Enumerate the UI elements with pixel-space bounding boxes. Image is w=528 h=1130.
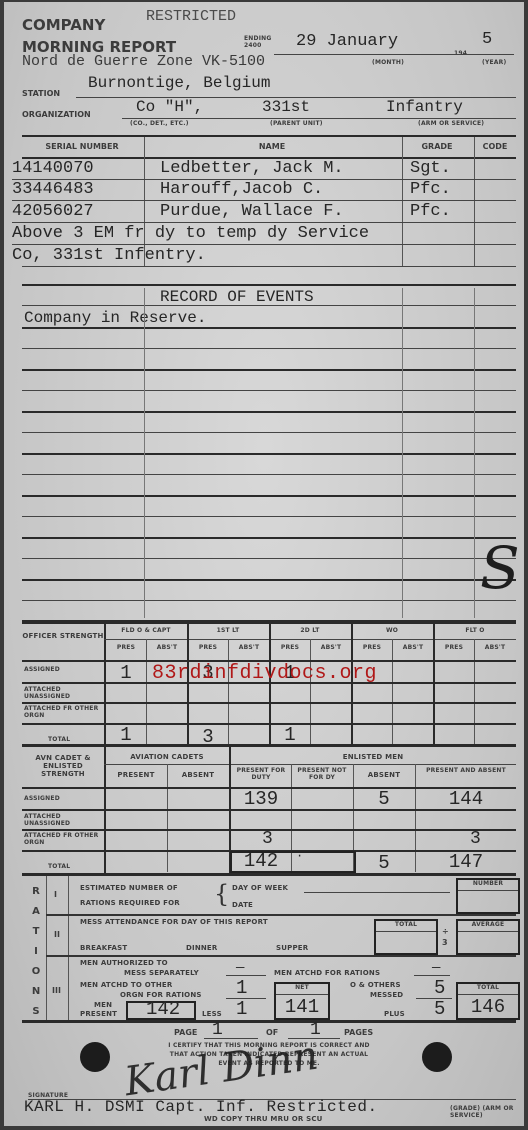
- row-label-assigned: ASSIGNED: [24, 795, 60, 802]
- group-aviation-cadets: AVIATION CADETS: [106, 753, 228, 761]
- mess-average-rule: [458, 931, 518, 932]
- org-company: Co "H",: [136, 98, 203, 116]
- mess-total-label: TOTAL: [376, 921, 436, 928]
- events-rule: [22, 327, 516, 329]
- group-fld-o-capt: FLD O & CAPT: [106, 627, 186, 634]
- subcol-pres: PRES: [106, 644, 146, 651]
- events-top-rule: [22, 284, 516, 286]
- row-label-attached-other: ATTACHED FR OTHER ORGN: [24, 832, 104, 846]
- total-present-for-duty: 142: [232, 850, 290, 872]
- officer-col-divider: [228, 639, 229, 746]
- morning-report-form: COMPANY RESTRICTED MORNING REPORT ENDING…: [4, 2, 524, 1126]
- soldier-grade: Pfc.: [410, 202, 451, 221]
- date-label: DATE: [232, 901, 253, 909]
- enlisted-subheader-rule: [104, 764, 516, 765]
- page-value: 1: [212, 1020, 223, 1040]
- events-rule: [22, 411, 516, 413]
- row-rule: [12, 222, 516, 223]
- events-rule: [22, 600, 516, 601]
- estimated-rations-line2: RATIONS REQUIRED FOR: [80, 899, 180, 907]
- ending-label: ENDING 2400: [244, 35, 274, 49]
- station-value: Burnontige, Belgium: [88, 74, 270, 92]
- dinner-label: DINNER: [186, 944, 218, 952]
- org-underline: [122, 118, 516, 119]
- atchd-rations-field: [414, 975, 450, 976]
- breakfast-label: BREAKFAST: [80, 944, 127, 952]
- officer-bottom-rule: [22, 744, 516, 747]
- mess-total-rule: [376, 931, 436, 932]
- row-label-total: TOTAL: [48, 736, 70, 743]
- col-divider: [402, 137, 403, 267]
- men-present-line1: MEN: [94, 1001, 112, 1009]
- authorized-line1: MEN AUTHORIZED TO: [80, 959, 168, 967]
- assigned-present-and-absent: 144: [416, 788, 516, 810]
- events-entry: Company in Reserve.: [24, 309, 206, 327]
- events-col-divider: [402, 288, 403, 618]
- brace-icon: {: [214, 880, 229, 908]
- subcol-abst: ABS'T: [475, 644, 515, 651]
- authorized-line2: MESS SEPARATELY: [124, 969, 199, 977]
- officer-col-divider: [433, 622, 435, 746]
- authorized-field: [226, 975, 266, 976]
- subcol-abst: ABS'T: [229, 644, 269, 651]
- others-value: 5: [434, 977, 445, 999]
- events-rule: [22, 453, 516, 455]
- col-divider: [474, 137, 475, 267]
- row-label-attached-unassigned: ATTACHED UNASSIGNED: [24, 813, 104, 827]
- soldier-grade: Pfc.: [410, 180, 451, 199]
- rations-bottom-rule: [22, 1020, 516, 1023]
- page-label: PAGE: [174, 1028, 197, 1037]
- plus-value: 5: [434, 998, 445, 1020]
- serial-number: 33446483: [12, 180, 94, 199]
- report-date: 29 January: [296, 32, 398, 51]
- page-field: [204, 1038, 258, 1039]
- events-rule: [22, 516, 516, 517]
- officer-strength-title: OFFICER STRENGTH: [22, 632, 104, 640]
- events-col-divider: [474, 288, 475, 618]
- soldier-name: Harouff,Jacob C.: [160, 180, 323, 199]
- soldier-name: Purdue, Wallace F.: [160, 202, 344, 221]
- col-em-absent: ABSENT: [354, 771, 414, 779]
- supper-label: SUPPER: [276, 944, 308, 952]
- col-grade: GRADE: [402, 142, 472, 151]
- attached-other-present-for-duty: 3: [262, 829, 273, 849]
- group-1st-lt: 1ST LT: [188, 627, 268, 634]
- organization-label: ORGANIZATION: [22, 110, 91, 119]
- side-letter: S: [30, 1002, 42, 1022]
- attached-other-present-and-absent: 3: [470, 829, 481, 849]
- side-letter: A: [30, 902, 42, 922]
- events-rule: [22, 537, 516, 539]
- soldier-name: Ledbetter, Jack M.: [160, 159, 344, 178]
- side-letter: N: [30, 982, 42, 1002]
- others-line1: O & OTHERS: [350, 981, 401, 989]
- atchd-rations-value: —: [432, 960, 440, 976]
- signer-line: KARL H. DSMI Capt. Inf. Restricted.: [24, 1098, 378, 1116]
- net-label: NET: [276, 984, 328, 991]
- group-wo: WO: [352, 627, 432, 634]
- header-divider: [22, 135, 516, 137]
- serial-number: 42056027: [12, 202, 94, 221]
- subcol-pres: PRES: [270, 644, 310, 651]
- col-code: CODE: [474, 142, 516, 151]
- row-rule: [12, 200, 516, 201]
- mess-average-label: AVERAGE: [458, 921, 518, 928]
- date-underline: [274, 54, 514, 55]
- subcol-abst: ABS'T: [393, 644, 433, 651]
- section-iii-numeral: III: [52, 986, 61, 995]
- row-rule: [12, 244, 516, 245]
- pages-label: PAGES: [344, 1028, 373, 1037]
- serial-number: 14140070: [12, 159, 94, 178]
- events-rule: [22, 474, 516, 475]
- month-label: (MONTH): [372, 59, 404, 66]
- rations-rule: [46, 955, 516, 957]
- assigned-present-for-duty: 139: [232, 788, 290, 810]
- col-present-for-duty: PRESENT FOR DUTY: [232, 767, 290, 781]
- events-rule: [22, 369, 516, 371]
- net-box-rule: [276, 994, 328, 995]
- number-box-rule: [458, 890, 518, 891]
- less-label: LESS: [202, 1010, 222, 1018]
- row-label-attached-unassigned: ATTACHED UNASSIGNED: [24, 686, 104, 700]
- row-rule: [22, 266, 516, 267]
- initial-mark: S: [480, 534, 520, 602]
- side-letter: O: [30, 962, 42, 982]
- subcol-abst: ABS'T: [311, 644, 351, 651]
- estimated-rations-line1: ESTIMATED NUMBER OF: [80, 884, 178, 892]
- org-arm: Infantry: [386, 98, 463, 116]
- org-sub-parent: (PARENT UNIT): [270, 120, 323, 127]
- assigned-absent: 5: [354, 788, 414, 810]
- punch-hole-left: [80, 1042, 110, 1072]
- assigned-fld-pres: 1: [106, 662, 146, 684]
- events-rule: [22, 495, 516, 497]
- subcol-pres: PRES: [434, 644, 474, 651]
- enlisted-col-divider: [167, 764, 168, 872]
- others-line2: MESSED: [370, 991, 403, 999]
- subcol-pres: PRES: [352, 644, 392, 651]
- officer-col-divider: [310, 639, 311, 746]
- less-value: 1: [236, 998, 247, 1020]
- personnel-remark-line1: Above 3 EM fr dy to temp dy Service: [12, 224, 369, 243]
- events-rule: [22, 390, 516, 391]
- events-rule: [22, 558, 516, 559]
- restricted-stamp: RESTRICTED: [146, 8, 236, 25]
- col-avn-absent: ABSENT: [168, 771, 228, 779]
- section-ii-numeral: II: [54, 930, 60, 939]
- signer-sub: (GRADE) (ARM OR SERVICE): [450, 1105, 524, 1119]
- rations-col-divider: [68, 876, 69, 1020]
- atchd-rations-label: MEN ATCHD FOR RATIONS: [274, 969, 380, 977]
- events-heading: RECORD OF EVENTS: [160, 288, 314, 306]
- day-of-week-label: DAY OF WEEK: [232, 884, 288, 892]
- station-label: STATION: [22, 89, 60, 98]
- events-rule: [22, 432, 516, 433]
- enlisted-bottom-rule: [22, 873, 516, 876]
- rations-total-value: 146: [458, 996, 518, 1018]
- net-value: 141: [276, 996, 328, 1018]
- group-2d-lt: 2D LT: [270, 627, 350, 634]
- day-of-week-field: [304, 892, 450, 893]
- rations-total-rule: [458, 994, 518, 995]
- total-2d-lt-pres: 1: [270, 724, 310, 746]
- enlisted-row-rule: [22, 809, 516, 811]
- rations-rule: [46, 914, 516, 916]
- officer-col-divider: [392, 639, 393, 746]
- of-label: OF: [266, 1028, 278, 1037]
- col-name: NAME: [144, 142, 400, 151]
- col-avn-present: PRESENT: [106, 771, 166, 779]
- atchd-other-line1: MEN ATCHD TO OTHER: [80, 981, 172, 989]
- authorized-value: —: [236, 960, 244, 976]
- total-present-and-absent: 147: [416, 851, 516, 873]
- group-enlisted-men: ENLISTED MEN: [230, 753, 516, 761]
- rations-col-divider: [46, 876, 47, 1020]
- personnel-remark-line2: Co, 331st Infentry.: [12, 246, 206, 265]
- org-sub-arm: (ARM OR SERVICE): [418, 120, 484, 127]
- col-serial-number: SERIAL NUMBER: [22, 142, 142, 151]
- row-label-total: TOTAL: [48, 863, 70, 870]
- bottom-note: WD COPY THRU MRU OR SCU: [204, 1115, 323, 1123]
- events-col-divider: [144, 288, 145, 618]
- subcol-pres: PRES: [188, 644, 228, 651]
- side-letter: I: [30, 942, 42, 962]
- section-i-numeral: I: [54, 890, 57, 899]
- men-present-line2: PRESENT: [80, 1010, 117, 1018]
- form-title-company: COMPANY: [22, 16, 105, 34]
- men-present-value: 142: [146, 998, 180, 1020]
- total-absent: 5: [354, 852, 414, 874]
- plus-label: PLUS: [384, 1010, 405, 1018]
- side-letter: R: [30, 882, 42, 902]
- subcol-abst: ABS'T: [147, 644, 187, 651]
- report-year: 5: [482, 30, 492, 49]
- punch-hole-right: [422, 1042, 452, 1072]
- location-line: Nord de Guerre Zone VK-5100: [22, 53, 265, 70]
- org-parent-unit: 331st: [262, 98, 310, 116]
- org-sub-company: (CO., DET., ETC.): [130, 120, 189, 127]
- watermark-text: 83rdinfdivdocs.org: [152, 662, 377, 685]
- divide-by-three: ÷ 3: [442, 926, 450, 948]
- officer-col-divider: [146, 639, 147, 746]
- year-label: (YEAR): [482, 59, 506, 66]
- total-fld-pres: 1: [106, 724, 146, 746]
- officer-col-divider: [474, 639, 475, 746]
- events-rule: [22, 348, 516, 349]
- atchd-other-value: 1: [236, 977, 247, 999]
- events-rule: [22, 305, 516, 306]
- row-label-attached-other: ATTACHED FR OTHER ORGN: [24, 705, 104, 719]
- col-present-and-absent: PRESENT AND ABSENT: [416, 767, 516, 774]
- col-present-not-for-duty: PRESENT NOT FOR DY: [292, 767, 352, 781]
- row-label-assigned: ASSIGNED: [24, 666, 60, 673]
- total-present-not-for-duty: ·: [296, 849, 303, 863]
- number-label: NUMBER: [458, 880, 518, 887]
- group-flt-o: FLT O: [434, 627, 516, 634]
- mess-attendance-label: MESS ATTENDANCE FOR DAY OF THIS REPORT: [80, 918, 268, 926]
- side-letter: T: [30, 922, 42, 942]
- officer-row-rule: [22, 723, 516, 725]
- events-rule: [22, 579, 516, 581]
- enlisted-strength-title: AVN CADET & ENLISTED STRENGTH: [22, 754, 104, 778]
- soldier-grade: Sgt.: [410, 159, 451, 178]
- rations-side-label: R A T I O N S: [30, 882, 42, 1022]
- officer-row-rule: [22, 702, 516, 704]
- rations-total-label: TOTAL: [458, 984, 518, 991]
